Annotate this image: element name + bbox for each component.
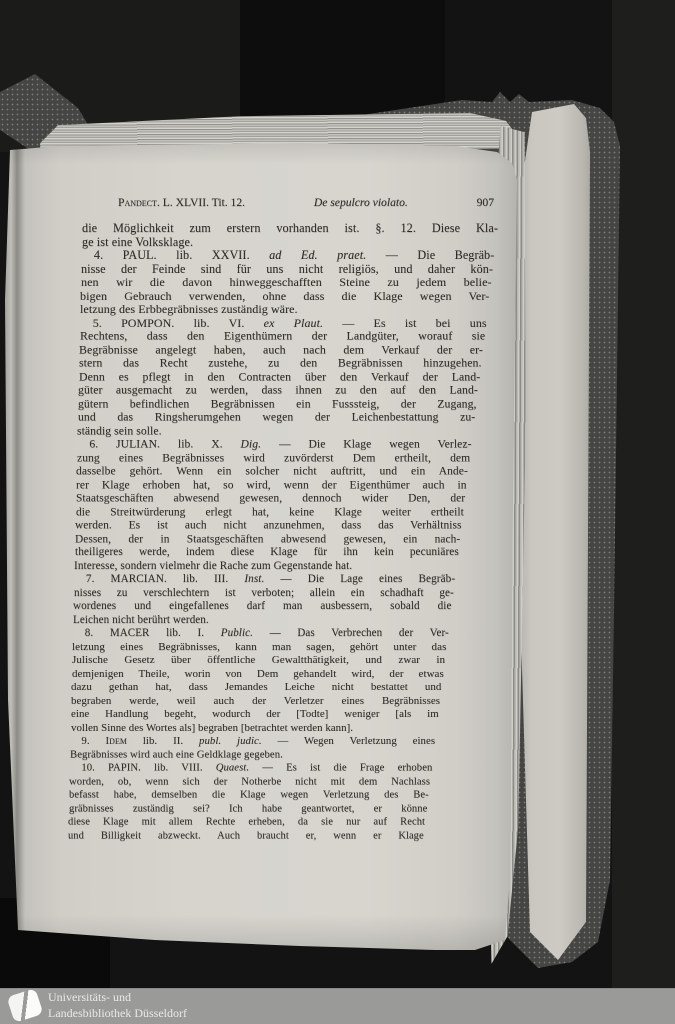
text-line: 8. MACER lib. I. Public. — Das Verbreche… — [73, 627, 512, 641]
text-line: Staatsgeschäften abwesend gewesen, denno… — [76, 492, 512, 506]
text-line: wordenes und eingefallenes darf man ausb… — [73, 600, 512, 614]
text-line: Julische Gesetz über öffentliche Gewaltt… — [72, 654, 512, 668]
watermark-line1: Universitäts- und — [48, 990, 187, 1006]
text-line: 4. PAUL. lib. XXVII. ad Ed. praet. — Die… — [81, 249, 512, 263]
text-line: Denn es pflegt in den Contracten über de… — [79, 371, 512, 385]
text-line: begraben werde, weil auch der Verletzer … — [71, 695, 512, 709]
text-line: 5. POMPON. lib. VI. ex Plaut. — Es ist b… — [80, 317, 512, 331]
text-line: demjenigen Theile, worin von Dem gehande… — [72, 668, 512, 682]
library-logo-icon — [7, 988, 44, 1023]
library-watermark-bar: Universitäts- und Landesbibliothek Düsse… — [0, 988, 675, 1024]
text-line: und das Ringsherumgehen wegen der Leiche… — [78, 411, 512, 425]
text-line: die Streitwürderung erlegt hat, keine Kl… — [76, 506, 513, 520]
book-scan-photo: Pandect. L. XLVII. Tit. 12. De sepulcro … — [0, 0, 675, 1024]
text-line: stern das Recht zustehe, zu den Begräbni… — [79, 357, 512, 371]
text-line: nisse der Feinde sind für uns nicht reli… — [81, 263, 512, 277]
text-line: theiligeres werde, indem diese Klage für… — [75, 546, 513, 560]
running-title: Pandect. L. XLVII. Tit. 12. — [118, 196, 245, 209]
text-line: letzung eines Begräbnisses, kann man sag… — [72, 641, 512, 655]
text-line: ge ist eine Volksklage. — [82, 236, 512, 250]
running-title-rest: L. XLVII. Tit. 12. — [160, 196, 245, 209]
text-line: bigen Gebrauch verwenden, ohne dass die … — [80, 290, 512, 304]
library-watermark-text: Universitäts- und Landesbibliothek Düsse… — [48, 990, 187, 1021]
text-line: vollen Sinne des Wortes als] begraben [b… — [71, 722, 513, 736]
text-line: güter ausgemacht zu werden, dass ihnen z… — [78, 384, 512, 398]
text-line: ständig sein solle. — [77, 425, 512, 439]
text-line: nen wir die davon hinweggeschafften Stei… — [81, 276, 512, 290]
text-line: und Billigkeit abzweckt. Auch braucht er… — [68, 830, 512, 844]
page-header: Pandect. L. XLVII. Tit. 12. De sepulcro … — [118, 196, 494, 209]
text-line: Begräbnisses wird auch eine Geldklage ge… — [70, 749, 512, 763]
page-number: 907 — [477, 196, 494, 209]
text-line: Leichen nicht berührt werden. — [73, 614, 512, 628]
text-line: die Möglichkeit zum erstern vorhanden is… — [82, 222, 512, 236]
watermark-line2: Landesbibliothek Düsseldorf — [48, 1006, 187, 1022]
text-line: eine Handlung begeht, wodurch der [Todte… — [71, 708, 512, 722]
book-page: Pandect. L. XLVII. Tit. 12. De sepulcro … — [5, 140, 520, 955]
text-line: dazu gethan hat, dass Jemandes Leiche ni… — [71, 681, 512, 695]
text-line: worden, ob, wenn sich der Notherbe nicht… — [69, 776, 512, 790]
text-line: 10. PAPIN. lib. VIII. Quaest. — Es ist d… — [70, 762, 512, 776]
text-line: befasst habe, demselben die Klage wegen … — [69, 789, 512, 803]
text-line: 9. Idem lib. II. publ. judic. — Wegen Ve… — [70, 735, 512, 749]
body-text: die Möglichkeit zum erstern vorhanden is… — [82, 222, 512, 843]
text-line: werden. Es ist auch nicht anzunehmen, da… — [75, 519, 512, 533]
text-line: 6. JULIAN. lib. X. Dig. — Die Klage wege… — [77, 438, 512, 452]
text-line: nisses zu verschlechtern ist verboten; a… — [74, 587, 512, 601]
text-line: Interesse, sondern vielmehr die Rache zu… — [74, 560, 512, 574]
text-line: Dessen, der in Staatsgeschäften abwesend… — [75, 533, 512, 547]
text-line: diese Klage mit allem Rechte erheben, da… — [68, 816, 512, 830]
text-line: 7. MARCIAN. lib. III. Inst. — Die Lage e… — [74, 573, 512, 587]
text-line: rer Klage erhoben hat, so wird, wenn der… — [76, 479, 512, 493]
book-endpaper — [518, 102, 594, 964]
text-line: Begräbnisse angelegt haben, auch nach de… — [79, 344, 512, 358]
text-line: Rechtens, dass den Eigenthümern der Land… — [80, 330, 513, 344]
text-line: dasselbe gehört. Wenn ein solcher nicht … — [76, 465, 512, 479]
text-line: letzung des Erbbegräbnisses zuständig wä… — [80, 303, 512, 317]
text-line: zung eines Begräbnisses wird zuvörderst … — [77, 452, 512, 466]
text-line: gräbnisses zuständig sei? Ich habe geant… — [69, 803, 512, 817]
running-title-smallcaps: Pandect. — [118, 196, 160, 209]
background-panel-right — [612, 0, 675, 1024]
text-line: gütern befindlichen Begräbnissen ein Fus… — [78, 398, 512, 412]
running-title-latin: De sepulcro violato. — [314, 196, 408, 209]
